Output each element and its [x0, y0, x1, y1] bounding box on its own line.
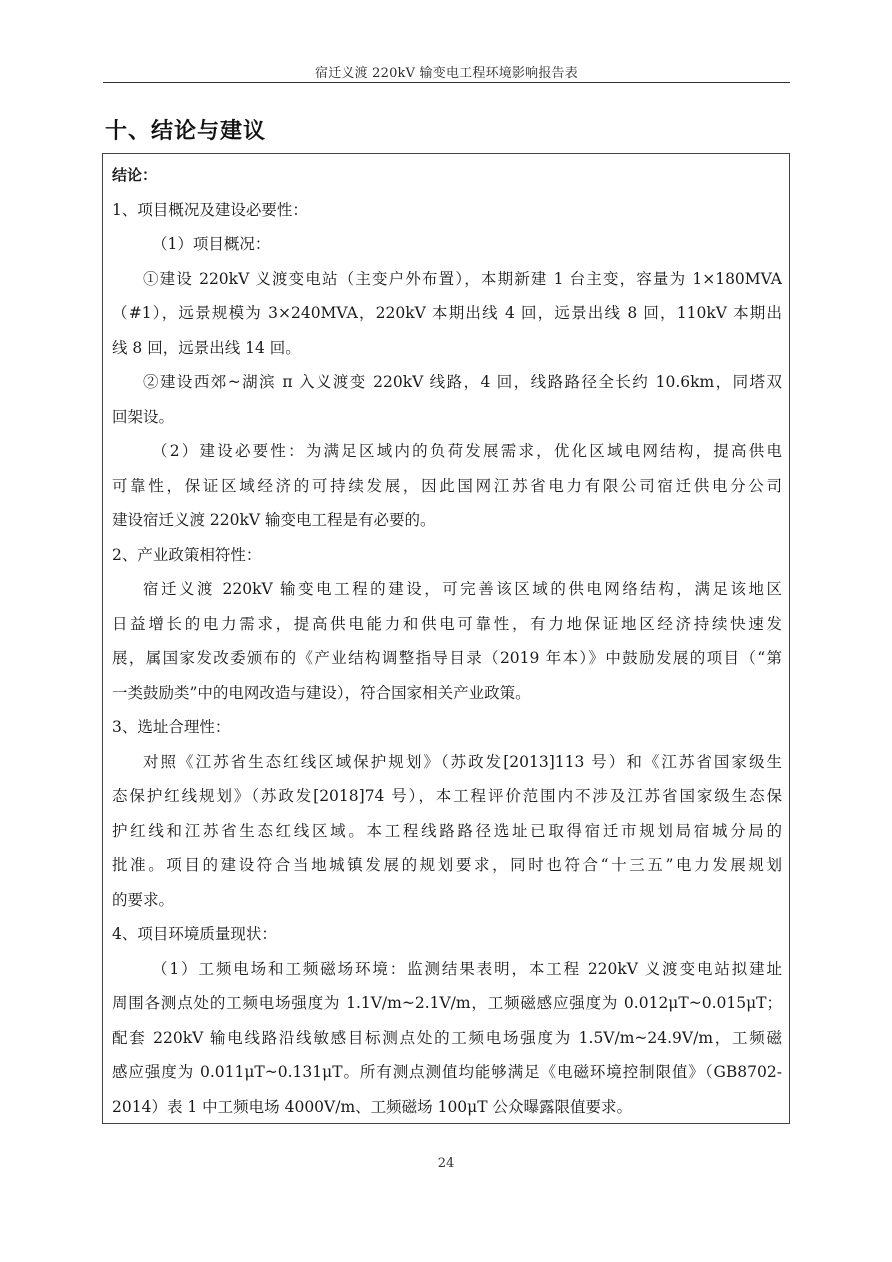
s3-line: 批准。项目的建设符合当地城镇发展的规划要求，同时也符合“十三五”电力发展规划 [112, 848, 782, 883]
s4-heading: 4、项目环境质量现状： [112, 917, 782, 952]
s4-line: （1）工频电场和工频磁场环境：监测结果表明，本工程 220kV 义渡变电站拟建址 [112, 952, 782, 987]
conclusion-content: 结论： 1、项目概况及建设必要性： （1）项目概况： ①建设 220kV 义渡变… [112, 158, 782, 1124]
s2-line: 一类鼓励类”中的电网改造与建设），符合国家相关产业政策。 [112, 676, 782, 711]
running-header: 宿迁义渡 220kV 输变电工程环境影响报告表 [103, 62, 790, 81]
conclusion-label: 结论： [112, 158, 782, 193]
s3-line: 态保护红线规划》（苏政发[2018]74 号），本工程评价范围内不涉及江苏省国家… [112, 779, 782, 814]
s1-item2-line: ②建设西郊~湖滨 π 入义渡变 220kV 线路，4 回，线路路径全长约 10.… [112, 365, 782, 400]
s3-line: 的要求。 [112, 883, 782, 918]
s4-line: 配套 220kV 输电线路沿线敏感目标测点处的工频电场强度为 1.5V/m~24… [112, 1021, 782, 1056]
s1-sub2-line: 建设宿迁义渡 220kV 输变电工程是有必要的。 [112, 503, 782, 538]
page-number: 24 [0, 1156, 892, 1171]
section-title: 十、结论与建议 [105, 114, 266, 145]
s1-sub2-line: 可靠性，保证区域经济的可持续发展，因此国网江苏省电力有限公司宿迁供电分公司 [112, 469, 782, 504]
s4-line: 2014）表 1 中工频电场 4000V/m、工频磁场 100μT 公众曝露限值… [112, 1090, 782, 1125]
s1-item1-line: （#1），远景规模为 3×240MVA，220kV 本期出线 4 回，远景出线 … [112, 296, 782, 331]
s4-line: 感应强度为 0.011μT~0.131μT。所有测点测值均能够满足《电磁环境控制… [112, 1055, 782, 1090]
s1-item1-line: 线 8 回，远景出线 14 回。 [112, 331, 782, 366]
s1-sub2-line: （2）建设必要性：为满足区域内的负荷发展需求，优化区域电网结构，提高供电 [112, 434, 782, 469]
s2-line: 宿迁义渡 220kV 输变电工程的建设，可完善该区域的供电网络结构，满足该地区 [112, 572, 782, 607]
s1-sub1-heading: （1）项目概况： [112, 227, 782, 262]
s3-line: 对照《江苏省生态红线区域保护规划》（苏政发[2013]113 号）和《江苏省国家… [112, 745, 782, 780]
s1-heading: 1、项目概况及建设必要性： [112, 193, 782, 228]
s2-line: 日益增长的电力需求，提高供电能力和供电可靠性，有力地保证地区经济持续快速发 [112, 607, 782, 642]
conclusion-box: 结论： 1、项目概况及建设必要性： （1）项目概况： ①建设 220kV 义渡变… [102, 153, 790, 1124]
s3-heading: 3、选址合理性： [112, 710, 782, 745]
s2-line: 展，属国家发改委颁布的《产业结构调整指导目录（2019 年本）》中鼓励发展的项目… [112, 641, 782, 676]
s1-item1-line: ①建设 220kV 义渡变电站（主变户外布置），本期新建 1 台主变，容量为 1… [112, 262, 782, 297]
s1-item2-line: 回架设。 [112, 400, 782, 435]
s3-line: 护红线和江苏省生态红线区域。本工程线路路径选址已取得宿迁市规划局宿城分局的 [112, 814, 782, 849]
s2-heading: 2、产业政策相符性： [112, 538, 782, 573]
s4-line: 周围各测点处的工频电场强度为 1.1V/m~2.1V/m，工频磁感应强度为 0.… [112, 986, 782, 1021]
header-rule [103, 82, 790, 83]
